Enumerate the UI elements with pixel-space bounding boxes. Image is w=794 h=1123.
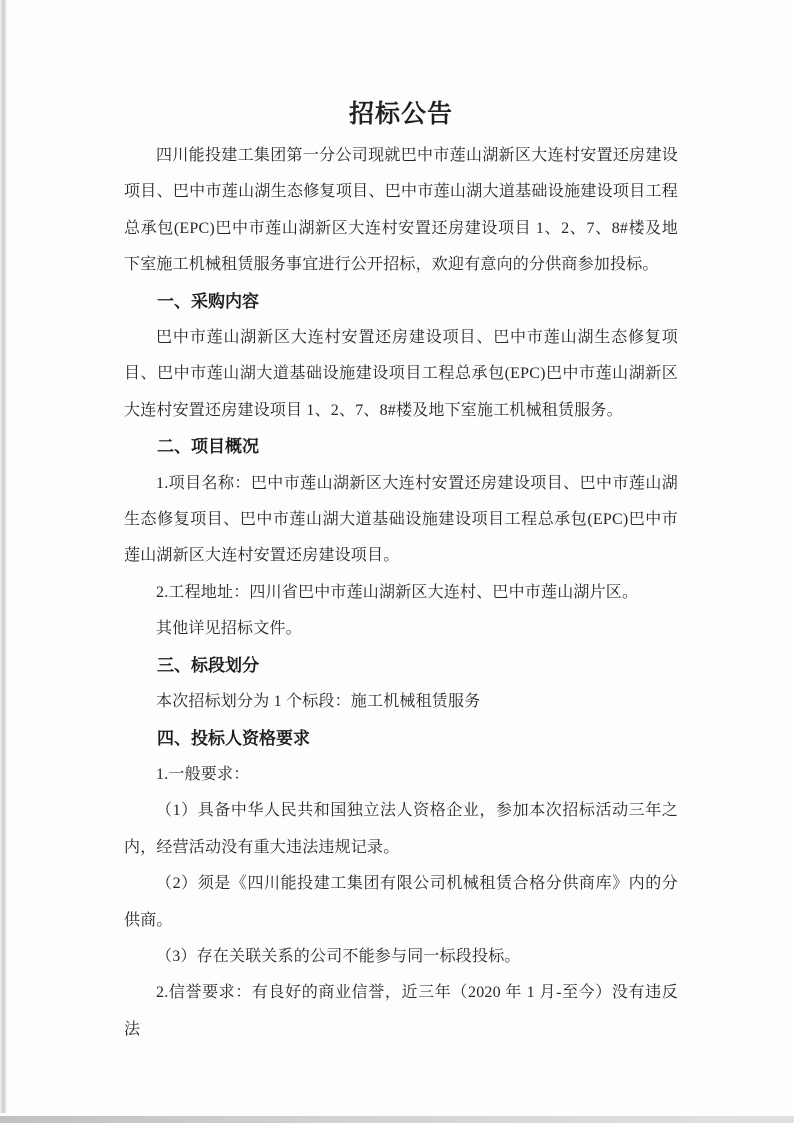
section-1-heading: 一、采购内容 [124,284,678,320]
section-4-heading: 四、投标人资格要求 [124,721,678,757]
scan-edge-bottom [0,1116,794,1123]
section-3-paragraph-1: 本次招标划分为 1 个标段：施工机械租赁服务 [124,684,678,720]
section-2-heading: 二、项目概况 [124,429,678,465]
section-4-paragraph-1: 1.一般要求： [124,757,678,793]
section-2-paragraph-2: 2.工程地址：四川省巴中市莲山湖新区大连村、巴中市莲山湖片区。 [124,575,678,611]
section-3-heading: 三、标段划分 [124,648,678,684]
section-2-paragraph-3: 其他详见招标文件。 [124,611,678,647]
section-4-paragraph-2: （1）具备中华人民共和国独立法人资格企业，参加本次招标活动三年之内，经营活动没有… [124,793,678,866]
scan-edge-left [0,0,7,1113]
section-4-paragraph-4: （3）存在关联关系的公司不能参与同一标段投标。 [124,939,678,975]
document-content: 招标公告 四川能投建工集团第一分公司现就巴中市莲山湖新区大连村安置还房建设项目、… [124,100,678,1048]
intro-paragraph: 四川能投建工集团第一分公司现就巴中市莲山湖新区大连村安置还房建设项目、巴中市莲山… [124,138,678,284]
section-1-paragraph-1: 巴中市莲山湖新区大连村安置还房建设项目、巴中市莲山湖生态修复项目、巴中市莲山湖大… [124,320,678,429]
document-page: 招标公告 四川能投建工集团第一分公司现就巴中市莲山湖新区大连村安置还房建设项目、… [0,0,794,1123]
section-4-paragraph-5: 2.信誉要求：有良好的商业信誉，近三年（2020 年 1 月-至今）没有违反法 [124,975,678,1048]
section-2-paragraph-1: 1.项目名称：巴中市莲山湖新区大连村安置还房建设项目、巴中市莲山湖生态修复项目、… [124,466,678,575]
page-title: 招标公告 [124,100,678,130]
section-4-paragraph-3: （2）须是《四川能投建工集团有限公司机械租赁合格分供商库》内的分供商。 [124,866,678,939]
